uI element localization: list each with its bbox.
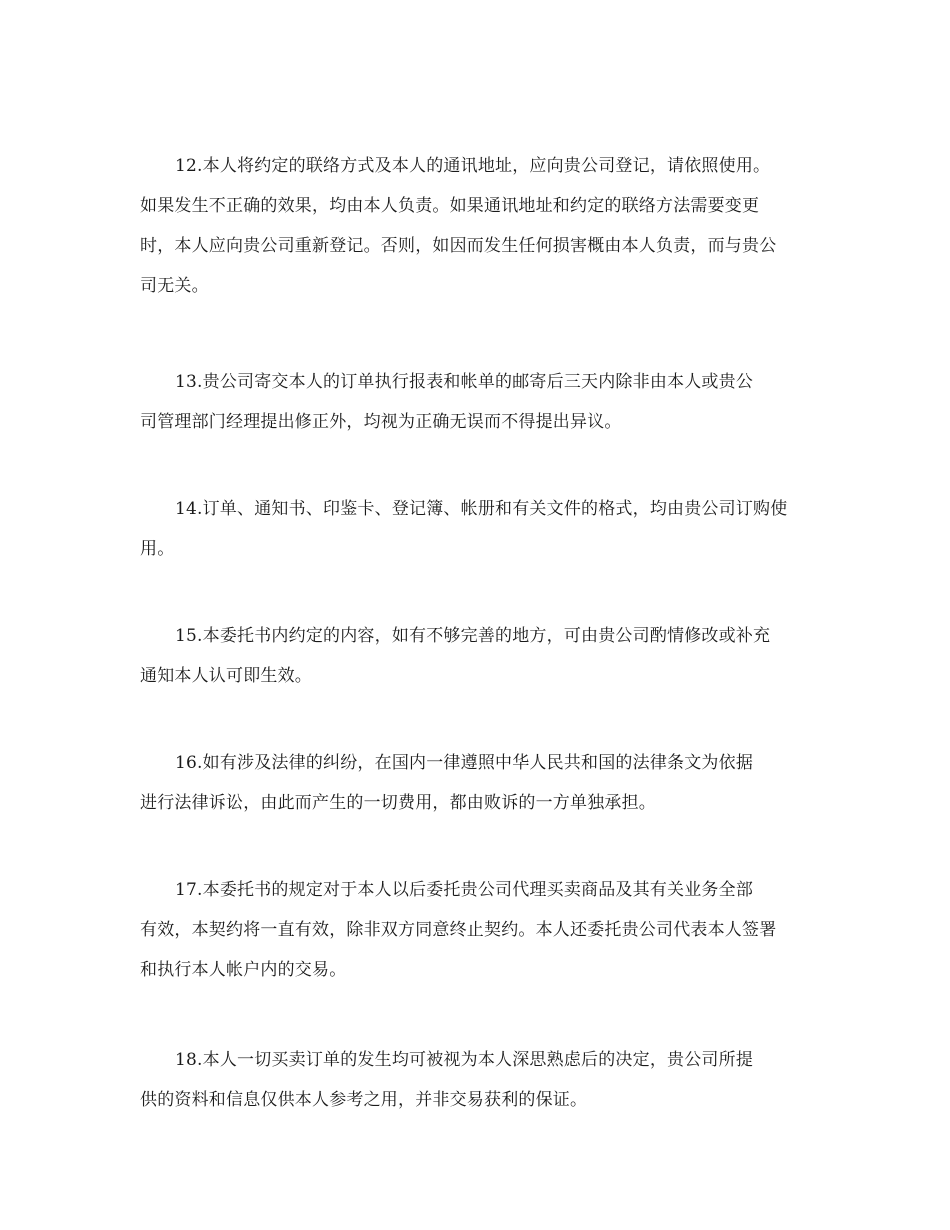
- clause-16: 16.如有涉及法律的纠纷，在国内一律遵照中华人民共和国的法律条文为依据 进行法律…: [140, 743, 820, 823]
- clause-line: 18.本人一切买卖订单的发生均可被视为本人深思熟虑后的决定，贵公司所提: [140, 1040, 820, 1080]
- clause-line: 13.贵公司寄交本人的订单执行报表和帐单的邮寄后三天内除非由本人或贵公: [140, 362, 820, 402]
- clause-line: 有效，本契约将一直有效，除非双方同意终止契约。本人还委托贵公司代表本人签署: [140, 910, 820, 950]
- clause-line: 14.订单、通知书、印鉴卡、登记簿、帐册和有关文件的格式，均由贵公司订购使: [140, 489, 820, 529]
- clause-line: 进行法律诉讼，由此而产生的一切费用，都由败诉的一方单独承担。: [140, 783, 820, 823]
- clause-line: 供的资料和信息仅供本人参考之用，并非交易获利的保证。: [140, 1080, 820, 1120]
- clause-17: 17.本委托书的规定对于本人以后委托贵公司代理买卖商品及其有关业务全部 有效，本…: [140, 870, 820, 990]
- clause-line: 16.如有涉及法律的纠纷，在国内一律遵照中华人民共和国的法律条文为依据: [140, 743, 820, 783]
- clause-line: 和执行本人帐户内的交易。: [140, 950, 820, 990]
- clause-line: 司管理部门经理提出修正外，均视为正确无误而不得提出异议。: [140, 402, 820, 442]
- clause-13: 13.贵公司寄交本人的订单执行报表和帐单的邮寄后三天内除非由本人或贵公 司管理部…: [140, 362, 820, 442]
- clause-12: 12.本人将约定的联络方式及本人的通讯地址，应向贵公司登记，请依照使用。 如果发…: [140, 146, 820, 306]
- document-page: 12.本人将约定的联络方式及本人的通讯地址，应向贵公司登记，请依照使用。 如果发…: [0, 0, 950, 1230]
- clause-line: 司无关。: [140, 266, 820, 306]
- clause-15: 15.本委托书内约定的内容，如有不够完善的地方，可由贵公司酌情修改或补充 通知本…: [140, 616, 820, 696]
- clause-line: 17.本委托书的规定对于本人以后委托贵公司代理买卖商品及其有关业务全部: [140, 870, 820, 910]
- clause-line: 如果发生不正确的效果，均由本人负责。如果通讯地址和约定的联络方法需要变更: [140, 186, 820, 226]
- clause-14: 14.订单、通知书、印鉴卡、登记簿、帐册和有关文件的格式，均由贵公司订购使 用。: [140, 489, 820, 569]
- clause-line: 12.本人将约定的联络方式及本人的通讯地址，应向贵公司登记，请依照使用。: [140, 146, 820, 186]
- clause-line: 15.本委托书内约定的内容，如有不够完善的地方，可由贵公司酌情修改或补充: [140, 616, 820, 656]
- clause-line: 用。: [140, 529, 820, 569]
- clause-line: 通知本人认可即生效。: [140, 656, 820, 696]
- clause-line: 时，本人应向贵公司重新登记。否则，如因而发生任何损害概由本人负责，而与贵公: [140, 226, 820, 266]
- clause-18: 18.本人一切买卖订单的发生均可被视为本人深思熟虑后的决定，贵公司所提 供的资料…: [140, 1040, 820, 1120]
